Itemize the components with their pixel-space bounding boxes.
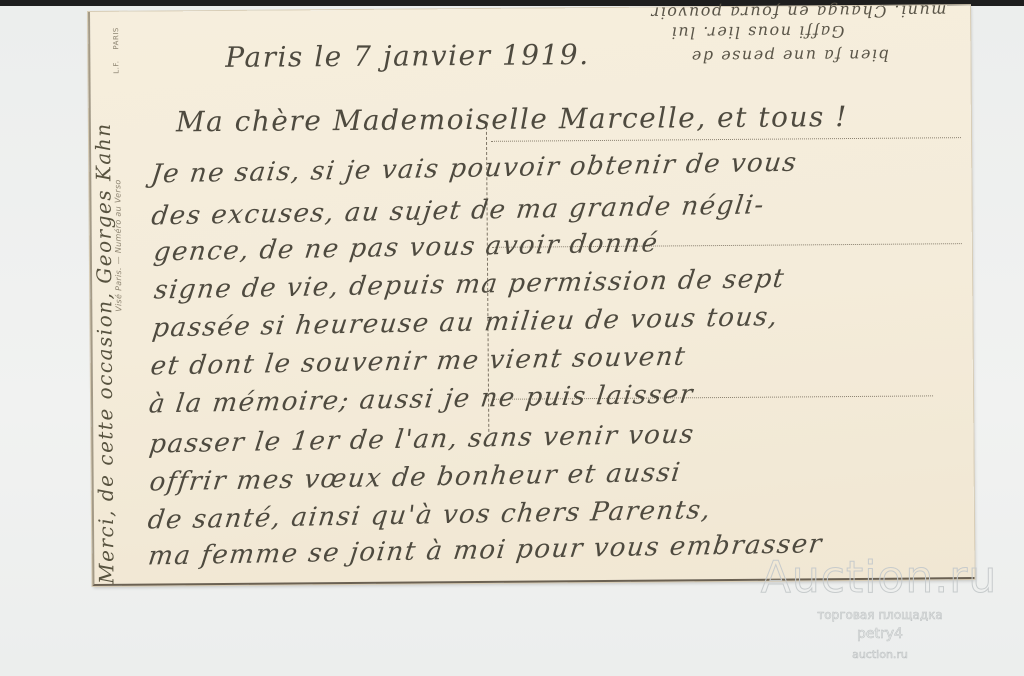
body-line-6: et dont le souvenir me vient souvent xyxy=(149,342,688,382)
body-line-8: passer le 1er de l'an, sans venir vous xyxy=(148,420,697,460)
salutation: Ma chère Mademoiselle Marcelle, et tous … xyxy=(176,100,848,138)
body-line-2: des excuses, au sujet de ma grande négli… xyxy=(150,190,767,231)
date-line: Paris le 7 janvier 1919. xyxy=(225,38,589,74)
watermark-subtitle: торговая площадка xyxy=(760,608,1000,622)
upside-down-line-3: bien fa une pense de xyxy=(690,46,889,67)
watermark-seller: petry4 xyxy=(760,626,1000,642)
body-line-7: à la mémoire; aussi je ne puis laisser xyxy=(147,380,695,420)
watermark-brand: Auction.ru xyxy=(734,552,1024,603)
body-line-11: ma femme se joint à moi pour vous embras… xyxy=(146,529,824,571)
body-line-1: Je ne sais, si je vais pouvoir obtenir d… xyxy=(149,148,799,190)
body-line-4: signe de vie, depuis ma permission de se… xyxy=(152,264,786,306)
watermark-site: auction.ru xyxy=(760,648,1000,661)
postcard: L.F. PARIS Visé Paris. — Numéro au Verso… xyxy=(88,5,974,586)
left-margin-note: Merci, de cette occasion, Georges Kahn xyxy=(91,122,119,584)
printed-publisher: L.F. PARIS xyxy=(112,27,120,74)
upside-down-line-1: muni. Chauga en foura pouvoir xyxy=(650,1,947,22)
body-line-10: de santé, ainsi qu'à vos chers Parents, xyxy=(146,495,713,535)
scanned-postcard-page: L.F. PARIS Visé Paris. — Numéro au Verso… xyxy=(0,0,1024,676)
body-line-9: offrir mes vœux de bonheur et aussi xyxy=(148,458,683,498)
body-line-3: gence, de ne pas vous avoir donné xyxy=(152,228,660,267)
upside-down-line-2: Gaffi nous lier. lui xyxy=(670,22,844,42)
address-line-1 xyxy=(491,137,961,142)
body-line-5: passée si heureuse au milieu de vous tou… xyxy=(151,302,781,343)
